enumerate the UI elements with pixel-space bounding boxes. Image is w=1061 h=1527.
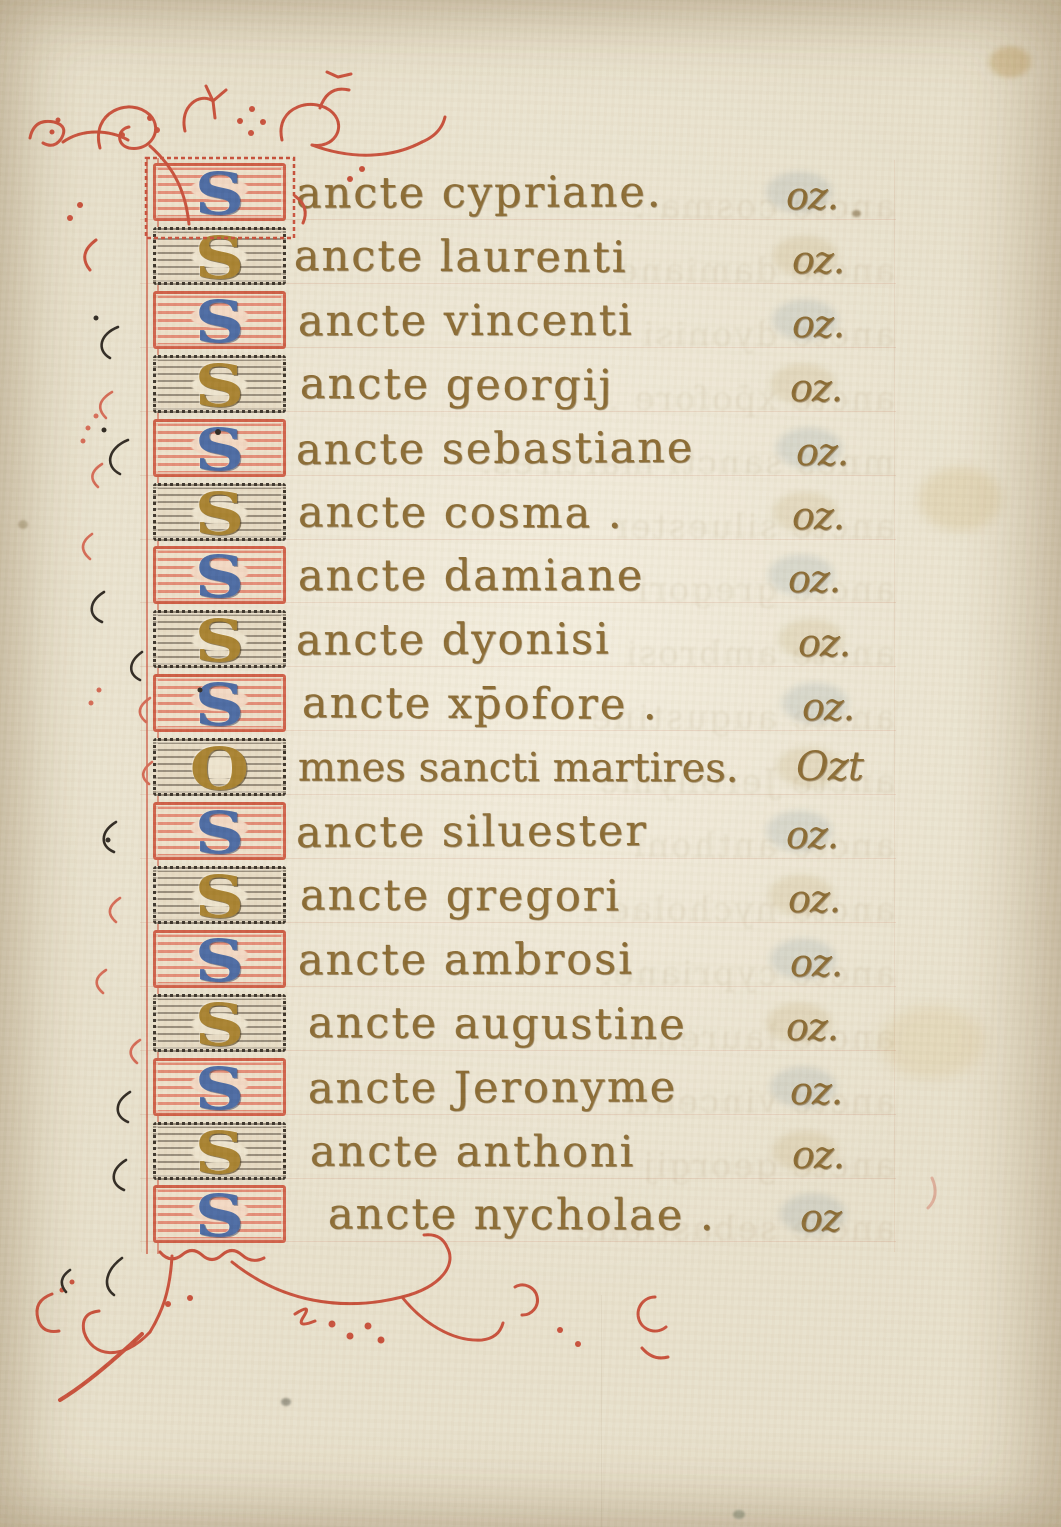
litany-response: oz. (788, 552, 840, 606)
litany-line: ancte cypriane.oz. (0, 163, 1061, 223)
litany-line: ancte augustineoz. (0, 994, 1061, 1054)
litany-line: ancte laurentioz. (0, 227, 1061, 287)
litany-text: ancte vincenti (298, 293, 634, 350)
litany-line: ancte vincentioz. (0, 291, 1061, 351)
litany-response: oz. (788, 872, 840, 926)
litany-text: ancte laurenti (294, 228, 628, 286)
parchment-crease (601, 1295, 602, 1527)
litany-text: ancte nycholae . (328, 1186, 716, 1243)
litany-text: ancte cosma . (298, 484, 624, 541)
litany-text: ancte xp̄ofore . (302, 675, 659, 733)
litany-response: oz. (802, 680, 854, 734)
litany-text: ancte Jeronyme (308, 1059, 677, 1116)
litany-line: ancte siluesteroz. (0, 802, 1061, 862)
manuscript-page: ancte cosma .ancte damianeancte dyonisia… (0, 0, 1061, 1527)
litany-text: ancte cypriane. (296, 164, 663, 221)
penwork-dots-bottom (60, 1280, 582, 1348)
litany-response: oz. (792, 233, 844, 287)
litany-text: ancte siluester (296, 803, 648, 861)
litany-response: oz. (786, 1000, 838, 1054)
litany-response: oz. (790, 1064, 842, 1118)
litany-text: ancte dyonisi (296, 611, 611, 668)
litany-response: oz. (796, 425, 848, 479)
litany-response: oz (800, 1191, 841, 1245)
parchment-speck (281, 1398, 291, 1406)
litany-line: ancte dyonisioz. (0, 610, 1061, 670)
litany-response: oz. (790, 936, 842, 990)
litany-line: ancte nycholae .oz (0, 1185, 1061, 1245)
litany-response: oz. (786, 169, 838, 223)
litany-text: ancte ambrosi (298, 932, 634, 989)
litany-line: ancte gregorioz. (0, 866, 1061, 926)
parchment-stain (986, 44, 1034, 80)
litany-line: ancte anthonioz. (0, 1122, 1061, 1182)
litany-response: oz. (790, 361, 842, 415)
litany-text: mnes sancti martires. (298, 740, 739, 797)
litany-line: ancte xp̄ofore .oz. (0, 674, 1061, 734)
parchment-speck (733, 1510, 745, 1519)
litany-line: ancte cosma .oz. (0, 483, 1061, 543)
litany-response: oz. (792, 1128, 844, 1182)
litany-response: oz. (792, 297, 844, 351)
litany-response: oz. (786, 808, 838, 862)
litany-text: ancte gregori (300, 867, 621, 924)
litany-text: ancte augustine (308, 995, 687, 1053)
litany-line: ancte georgijoz. (0, 355, 1061, 415)
litany-text: ancte georgij (300, 356, 614, 414)
penwork-bottom-black (62, 1258, 122, 1295)
litany-text: ancte damiane (298, 548, 644, 604)
litany-response: oz. (792, 489, 844, 543)
litany-line: ancte ambrosioz. (0, 930, 1061, 990)
litany-response: oz. (798, 616, 850, 670)
litany-line: mnes sancti martires.Ozt (0, 738, 1061, 798)
litany-response: Ozt (796, 740, 863, 794)
litany-line: ancte Jeronymeoz. (0, 1058, 1061, 1118)
litany-text: ancte anthoni (310, 1124, 636, 1181)
litany-line: ancte sebastianeoz. (0, 419, 1061, 479)
litany-line: ancte damianeoz. (0, 546, 1061, 606)
litany-text: ancte sebastiane (296, 420, 695, 478)
